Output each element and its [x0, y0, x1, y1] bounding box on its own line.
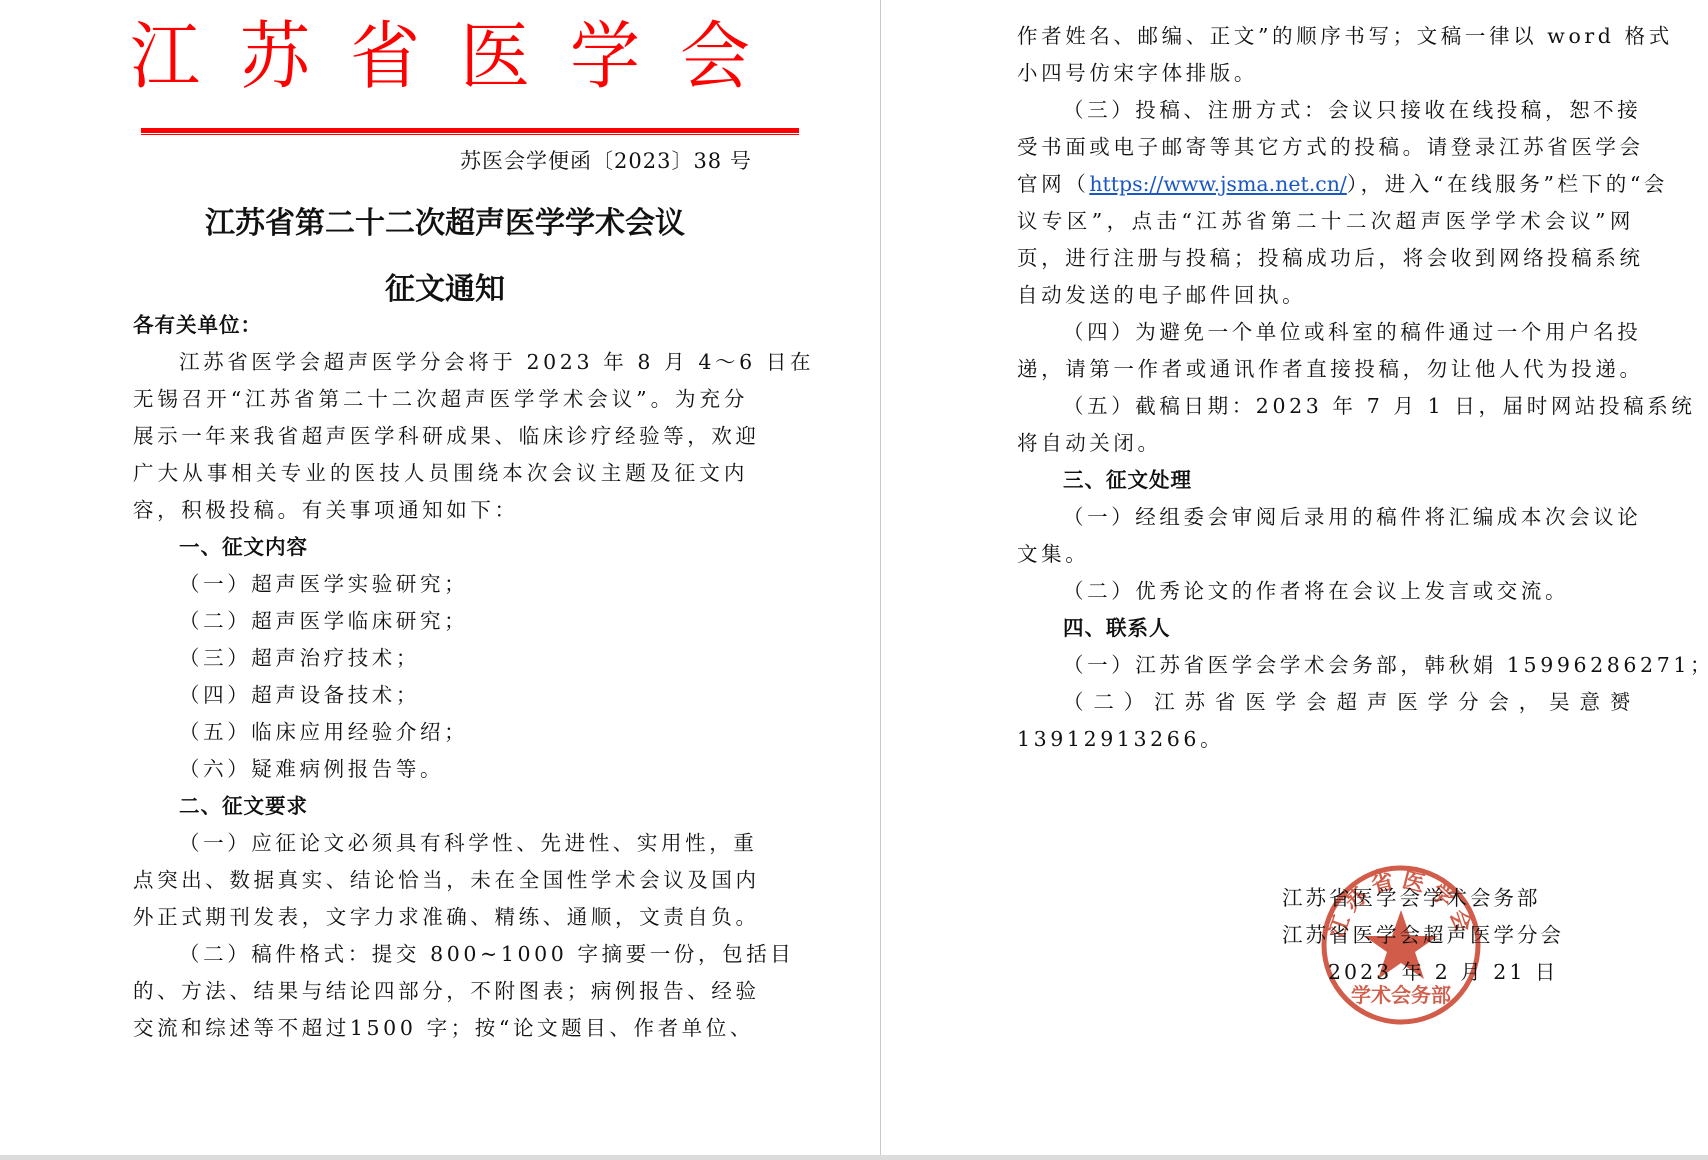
section-heading-2: 二、征文要求: [133, 788, 748, 825]
requirement-line: （三）投稿、注册方式：会议只接收在线投稿，恕不接: [1017, 92, 1634, 129]
letterhead-char: 学: [570, 0, 640, 103]
red-rule-thin: [141, 134, 799, 135]
intro-line: 江苏省医学会超声医学分会将于 2023 年 8 月 4～6 日在: [133, 344, 748, 381]
letterhead-char: 会: [680, 0, 750, 103]
contact-line: 13912913266。: [1017, 721, 1634, 758]
processing-line: （一）经组委会审阅后录用的稿件将汇编成本次会议论: [1017, 499, 1634, 536]
list-item: （三）超声治疗技术；: [133, 640, 748, 677]
document-number: 苏医会学便函〔2023〕38 号: [460, 145, 752, 175]
intro-line: 无锡召开“江苏省第二十二次超声医学学术会议”。为充分: [133, 381, 748, 418]
requirement-line: 小四号仿宋字体排版。: [1017, 55, 1634, 92]
right-column-body: 作者姓名、邮编、正文”的顺序书写；文稿一律以 word 格式 小四号仿宋字体排版…: [1017, 18, 1634, 758]
left-column-body: 各有关单位： 江苏省医学会超声医学分会将于 2023 年 8 月 4～6 日在 …: [133, 307, 748, 1047]
requirement-line: 议专区”，点击“江苏省第二十二次超声医学学术会议”网: [1017, 203, 1634, 240]
viewer-bottom-edge: [0, 1155, 1708, 1160]
document-title: 江苏省第二十二次超声医学学术会议: [175, 198, 715, 242]
red-rule-thick: [141, 128, 799, 133]
requirement-line: （四）为避免一个单位或科室的稿件通过一个用户名投: [1017, 314, 1634, 351]
processing-line: （二）优秀论文的作者将在会议上发言或交流。: [1017, 573, 1634, 610]
signature-org: 江苏省医学会学术会务部: [1282, 880, 1564, 917]
list-item: （四）超声设备技术；: [133, 677, 748, 714]
requirement-line: 将自动关闭。: [1017, 425, 1634, 462]
website-link[interactable]: https://www.jsma.net.cn/: [1089, 172, 1347, 196]
signature-block: 江苏省医学会学术会务部 江苏省医学会超声医学分会 2023 年 2 月 21 日: [1282, 880, 1564, 991]
requirement-line: （一）应征论文必须具有科学性、先进性、实用性，重: [133, 825, 748, 862]
contact-line: （一）江苏省医学会学术会务部，韩秋娟 15996286271；: [1017, 647, 1634, 684]
salutation: 各有关单位：: [133, 307, 748, 344]
signature-org: 江苏省医学会超声医学分会: [1282, 917, 1564, 954]
list-item: （二）超声医学临床研究；: [133, 603, 748, 640]
requirement-line: 官网（https://www.jsma.net.cn/），进入“在线服务”栏下的…: [1017, 166, 1634, 203]
text-fragment: ），进入“在线服务”栏下的“会: [1347, 172, 1668, 196]
requirement-line: 受书面或电子邮寄等其它方式的投稿。请登录江苏省医学会: [1017, 129, 1634, 166]
processing-line: 文集。: [1017, 536, 1634, 573]
list-item: （一）超声医学实验研究；: [133, 566, 748, 603]
intro-line: 广大从事相关专业的医技人员围绕本次会议主题及征文内: [133, 455, 748, 492]
red-divider-rule: [141, 128, 799, 136]
requirement-line: 自动发送的电子邮件回执。: [1017, 277, 1634, 314]
document-subtitle: 征文通知: [175, 264, 715, 308]
page-left: 江 苏 省 医 学 会 苏医会学便函〔2023〕38 号 江苏省第二十二次超声医…: [0, 0, 880, 1155]
text-fragment: 官网（: [1017, 172, 1089, 196]
section-heading-3: 三、征文处理: [1017, 462, 1634, 499]
letterhead: 江 苏 省 医 学 会: [130, 8, 750, 92]
signature-date: 2023 年 2 月 21 日: [1282, 954, 1564, 991]
requirement-line: 点突出、数据真实、结论恰当，未在全国性学术会议及国内: [133, 862, 748, 899]
requirement-line: 交流和综述等不超过1500 字；按“论文题目、作者单位、: [133, 1010, 748, 1047]
letterhead-char: 江: [130, 0, 200, 103]
letterhead-char: 省: [350, 0, 420, 103]
letterhead-char: 苏: [240, 0, 310, 103]
list-item: （五）临床应用经验介绍；: [133, 714, 748, 751]
requirement-line: （二）稿件格式：提交 800~1000 字摘要一份，包括目: [133, 936, 748, 973]
requirement-line: 作者姓名、邮编、正文”的顺序书写；文稿一律以 word 格式: [1017, 18, 1634, 55]
intro-line: 容，积极投稿。有关事项通知如下：: [133, 492, 748, 529]
requirement-line: 外正式期刊发表，文字力求准确、精练、通顺，文责自负。: [133, 899, 748, 936]
requirement-line: （五）截稿日期：2023 年 7 月 1 日，届时网站投稿系统: [1017, 388, 1634, 425]
intro-line: 展示一年来我省超声医学科研成果、临床诊疗经验等，欢迎: [133, 418, 748, 455]
section-heading-1: 一、征文内容: [133, 529, 748, 566]
requirement-line: 递，请第一作者或通讯作者直接投稿，勿让他人代为投递。: [1017, 351, 1634, 388]
requirement-line: 页，进行注册与投稿；投稿成功后，将会收到网络投稿系统: [1017, 240, 1634, 277]
letterhead-char: 医: [460, 0, 530, 103]
contact-line: （二）江苏省医学会超声医学分会，吴意赟: [1017, 684, 1634, 721]
list-item: （六）疑难病例报告等。: [133, 751, 748, 788]
section-heading-4: 四、联系人: [1017, 610, 1634, 647]
requirement-line: 的、方法、结果与结论四部分，不附图表；病例报告、经验: [133, 973, 748, 1010]
